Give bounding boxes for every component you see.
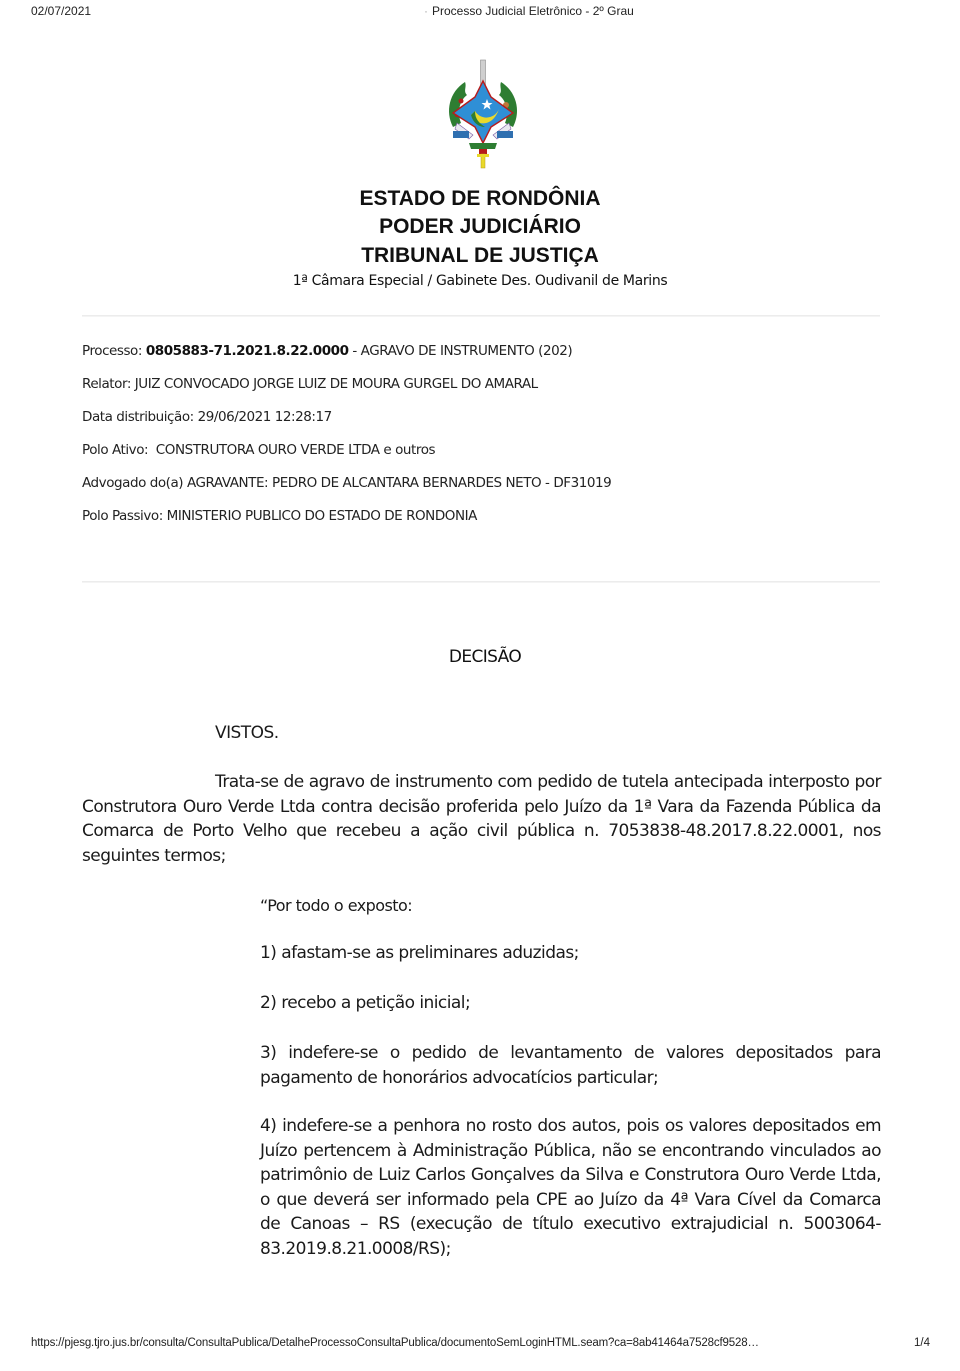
relator-row: Relator: JUIZ CONVOCADO JORGE LUIZ DE MO… [82, 376, 538, 392]
quote-item: 3) indefere-se o pedido de levantamento … [260, 1041, 881, 1090]
relator-value: JUIZ CONVOCADO JORGE LUIZ DE MOURA GURGE… [135, 376, 538, 392]
process-number-row: Processo: 0805883-71.2021.8.22.0000 - AG… [82, 343, 572, 359]
active-party-row: Polo Ativo: CONSTRUTORA OURO VERDE LTDA … [82, 442, 435, 458]
quote-item: 4) indefere-se a penhora no rosto dos au… [260, 1114, 881, 1261]
print-footer: https://pjesg.tjro.jus.br/consulta/Consu… [0, 1337, 960, 1353]
lawyer-row: Advogado do(a) AGRAVANTE: PEDRO DE ALCAN… [82, 475, 611, 491]
quote-item: 2) recebo a petição inicial; [260, 991, 881, 1016]
process-label: Processo: [82, 343, 142, 359]
process-number: 0805883-71.2021.8.22.0000 [146, 343, 349, 359]
heading-court: TRIBUNAL DE JUSTIÇA [0, 241, 960, 270]
page-indicator: 1/4 [914, 1337, 930, 1349]
distribution-date-label: Data distribuição: [82, 409, 194, 425]
chamber-subheading: 1ª Câmara Especial / Gabinete Des. Oudiv… [0, 273, 960, 289]
print-title: ·Processo Judicial Eletrônico - 2º Grau [424, 4, 634, 18]
rondonia-coat-of-arms-icon [443, 57, 523, 172]
quote-item: 1) afastam-se as preliminares aduzidas; [260, 941, 881, 966]
vistos-line: VISTOS. [215, 721, 279, 746]
relator-label: Relator: [82, 376, 131, 392]
document-title: DECISÃO [0, 647, 960, 667]
passive-party-label: Polo Passivo: [82, 508, 163, 524]
passive-party-row: Polo Passivo: MINISTERIO PUBLICO DO ESTA… [82, 508, 477, 524]
divider-bottom [82, 581, 880, 583]
print-date: 02/07/2021 [31, 4, 91, 18]
divider-top [82, 315, 880, 317]
active-party-value: CONSTRUTORA OURO VERDE LTDA e outros [152, 442, 435, 458]
lawyer-label: Advogado do(a) AGRAVANTE: [82, 475, 268, 491]
print-url: https://pjesg.tjro.jus.br/consulta/Consu… [31, 1337, 759, 1349]
print-title-text: Processo Judicial Eletrônico - 2º Grau [432, 4, 634, 18]
process-class: - AGRAVO DE INSTRUMENTO (202) [352, 343, 572, 359]
active-party-label: Polo Ativo: [82, 442, 148, 458]
print-header: 02/07/2021 ·Processo Judicial Eletrônico… [0, 4, 960, 20]
distribution-date-row: Data distribuição: 29/06/2021 12:28:17 [82, 409, 332, 425]
quote-intro: “Por todo o exposto: [260, 894, 881, 919]
intro-paragraph: Trata-se de agravo de instrumento com pe… [82, 770, 881, 868]
lawyer-value: PEDRO DE ALCANTARA BERNARDES NETO - DF31… [272, 475, 611, 491]
distribution-date-value: 29/06/2021 12:28:17 [198, 409, 332, 425]
heading-state: ESTADO DE RONDÔNIA [0, 184, 960, 213]
passive-party-value: MINISTERIO PUBLICO DO ESTADO DE RONDONIA [167, 508, 477, 524]
separator-dot: · [424, 4, 428, 18]
heading-judiciary: PODER JUDICIÁRIO [0, 212, 960, 241]
